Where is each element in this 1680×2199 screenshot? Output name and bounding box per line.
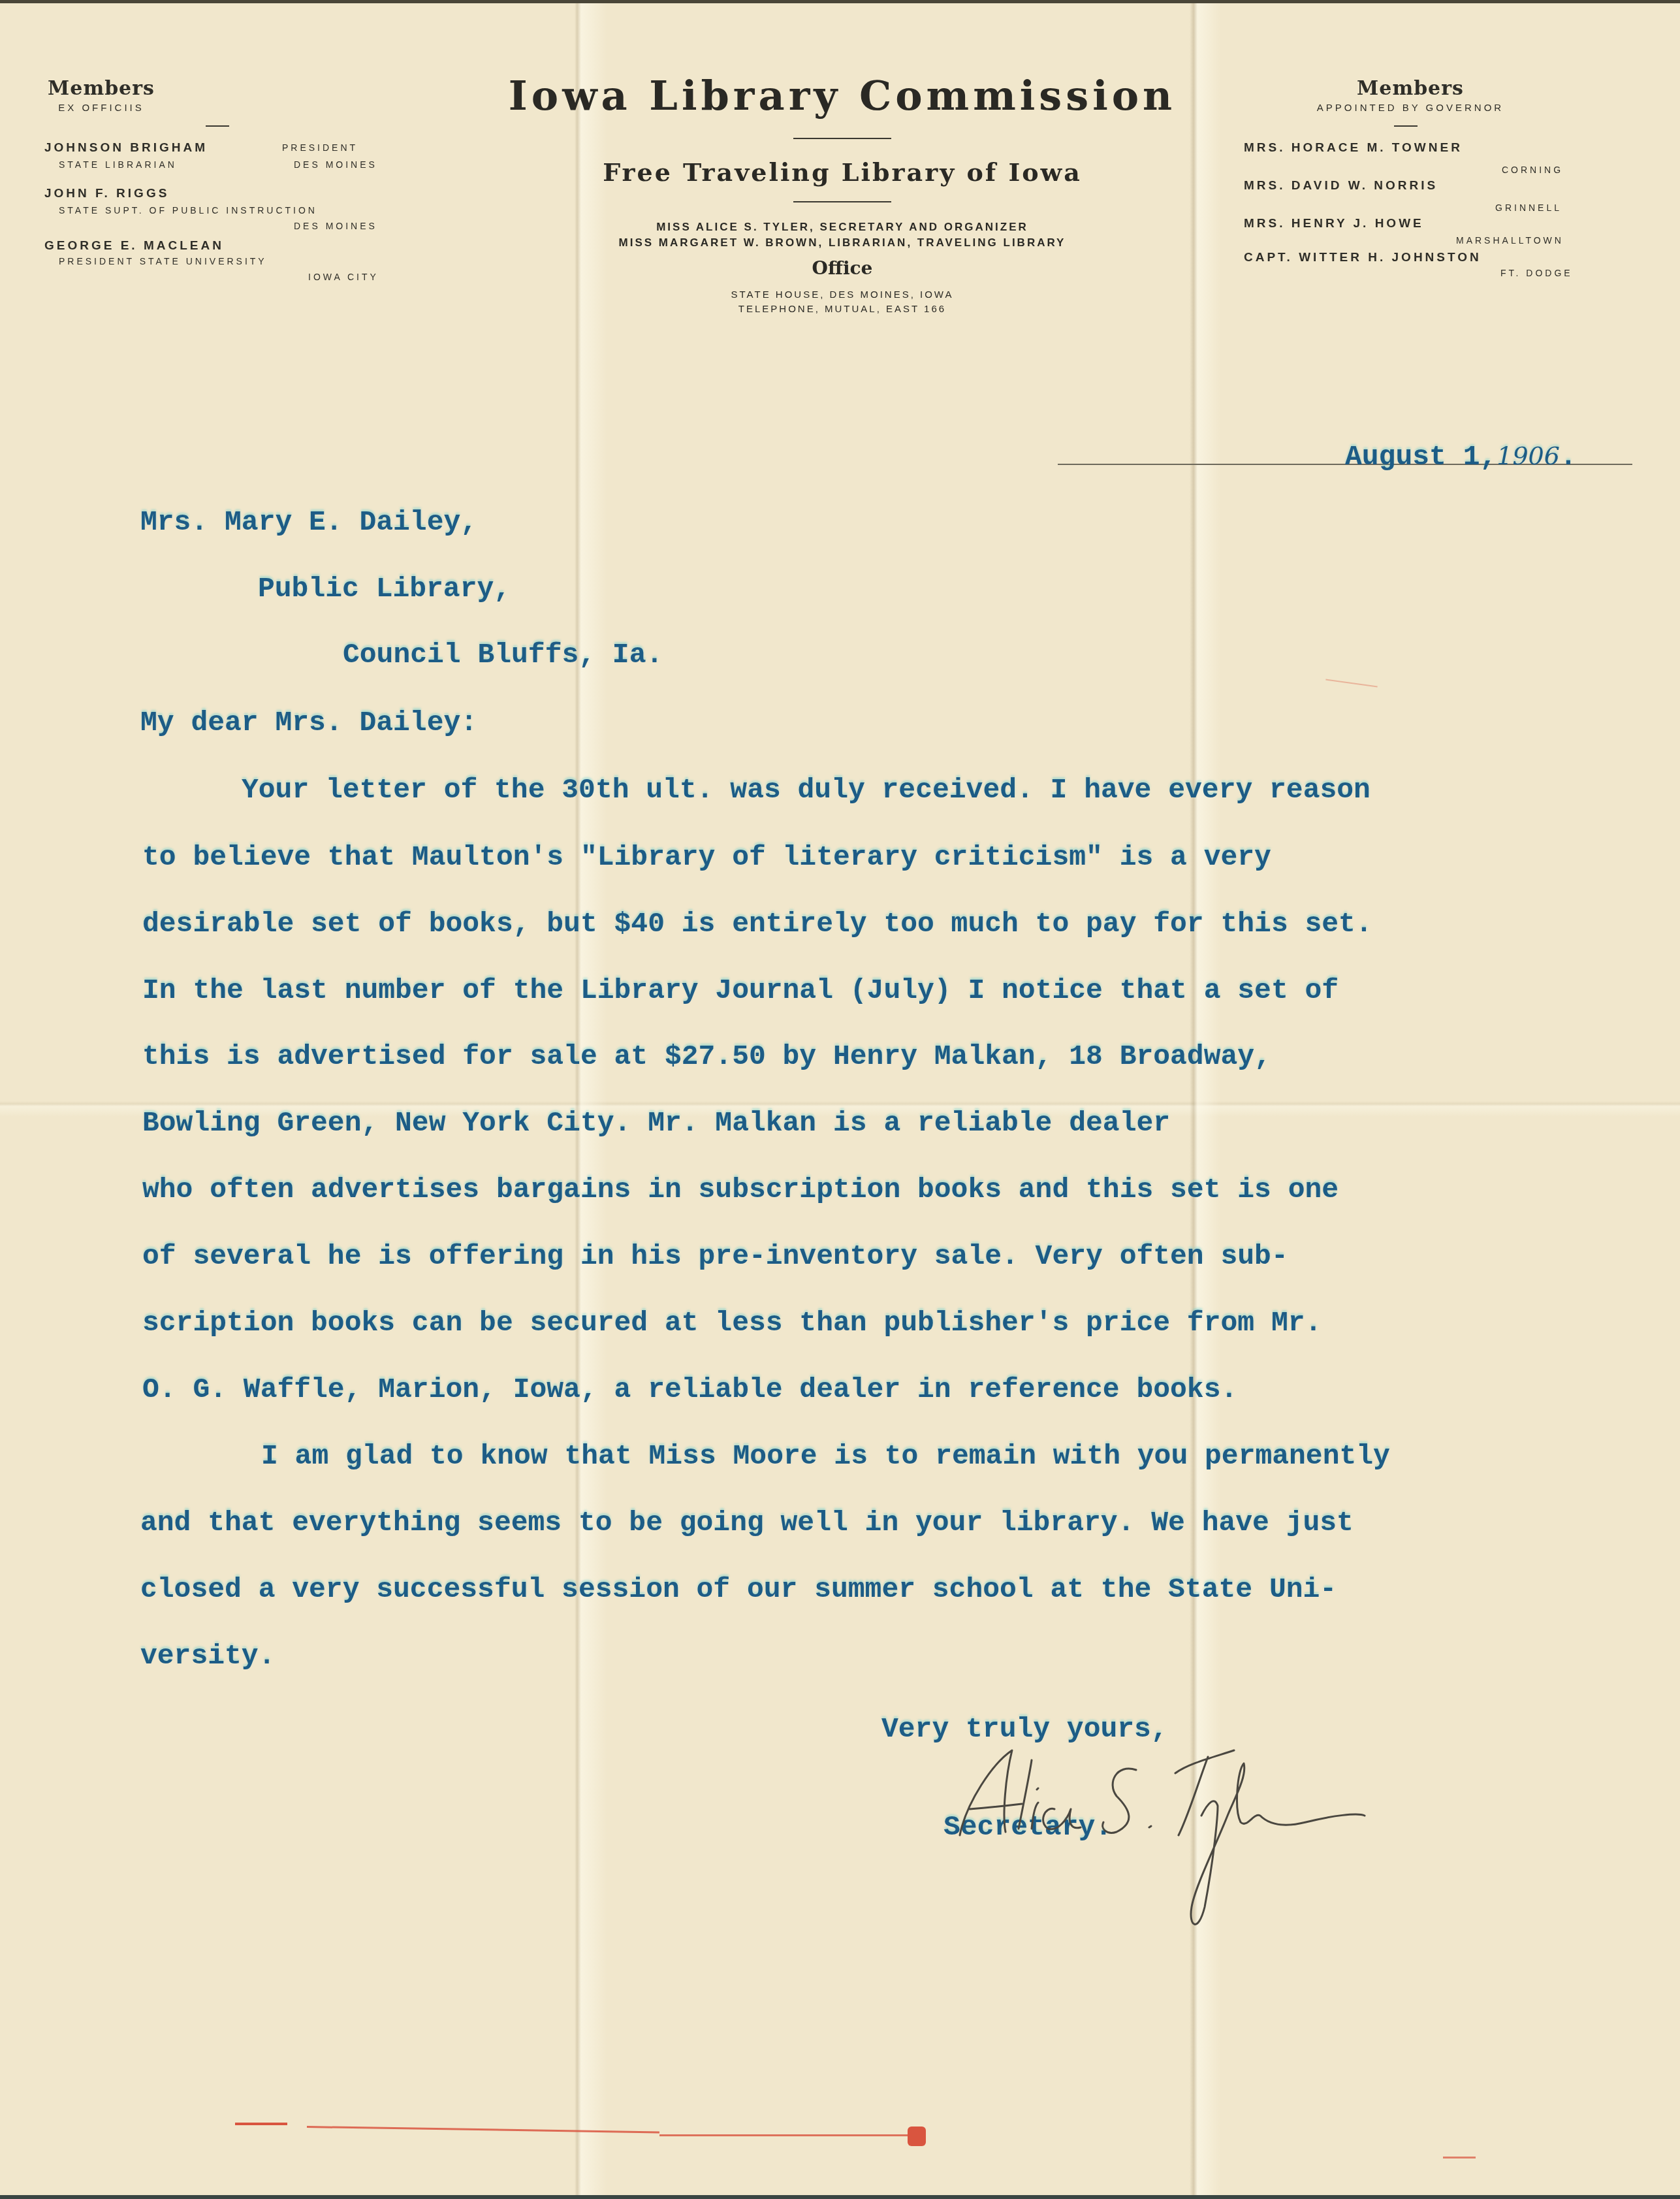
- members-heading: Members: [0, 77, 294, 100]
- member-name: MRS. HENRY J. HOWE: [1244, 217, 1424, 231]
- member-name: CAPT. WITTER H. JOHNSTON: [1244, 251, 1482, 265]
- member-entry: MRS. DAVID W. NORRIS GRINNELL: [1241, 179, 1613, 217]
- member-city: IOWA CITY: [308, 272, 379, 282]
- member-city: CORNING: [1502, 165, 1563, 175]
- organization-title: Iowa Library Commission: [496, 72, 1188, 120]
- member-name: MRS. HORACE M. TOWNER: [1244, 141, 1463, 155]
- letter-paper: [0, 0, 1680, 2199]
- member-name: MRS. DAVID W. NORRIS: [1244, 179, 1438, 193]
- body-line: to believe that Maulton's "Library of li…: [142, 841, 1271, 873]
- members-subheading: APPOINTED BY GOVERNOR: [1208, 103, 1613, 114]
- divider: [793, 138, 891, 139]
- date-typed: August 1,: [1345, 441, 1497, 473]
- staff-line: MISS MARGARET W. BROWN, LIBRARIAN, TRAVE…: [496, 235, 1188, 251]
- member-name: JOHN F. RIGGS: [44, 187, 169, 201]
- members-subheading: EX OFFICIIS: [0, 103, 294, 114]
- body-line: Your letter of the 30th ult. was duly re…: [242, 774, 1371, 806]
- member-entry: JOHNSON BRIGHAM PRESIDENT STATE LIBRARIA…: [39, 141, 424, 180]
- member-city: DES MOINES: [294, 159, 377, 170]
- ex-officio-members-block: Members EX OFFICIIS JOHNSON BRIGHAM PRES…: [39, 77, 424, 291]
- member-city: FT. DODGE: [1500, 268, 1573, 278]
- member-entry: GEORGE E. MACLEAN PRESIDENT STATE UNIVER…: [39, 239, 424, 291]
- member-role: STATE LIBRARIAN: [59, 159, 177, 170]
- date-period: .: [1560, 441, 1577, 473]
- member-name: GEORGE E. MACLEAN: [44, 239, 224, 253]
- paper-bottom-edge: [0, 2195, 1680, 2199]
- letter-date: August 1,1906.: [1345, 441, 1577, 473]
- divider: [1394, 125, 1418, 127]
- office-label: Office: [496, 257, 1188, 279]
- letterhead-center: Iowa Library Commission Free Traveling L…: [496, 72, 1188, 317]
- date-year-handwritten: 1906: [1497, 441, 1560, 470]
- member-entry: JOHN F. RIGGS STATE SUPT. OF PUBLIC INST…: [39, 187, 424, 239]
- body-line: O. G. Waffle, Marion, Iowa, a reliable d…: [142, 1373, 1237, 1405]
- recipient-institution: Public Library,: [258, 573, 511, 605]
- body-line: versity.: [140, 1640, 275, 1672]
- member-name: JOHNSON BRIGHAM: [44, 141, 208, 155]
- red-ink-stain: [1443, 2157, 1476, 2159]
- member-city: MARSHALLTOWN: [1456, 235, 1564, 246]
- member-entry: MRS. HENRY J. HOWE MARSHALLTOWN: [1241, 217, 1613, 251]
- office-address: STATE HOUSE, DES MOINES, IOWA: [496, 288, 1188, 302]
- body-line: of several he is offering in his pre-inv…: [142, 1240, 1288, 1272]
- organization-subtitle: Free Traveling Library of Iowa: [496, 157, 1188, 187]
- member-title: PRESIDENT: [282, 142, 358, 153]
- body-line: who often advertises bargains in subscri…: [142, 1174, 1339, 1206]
- member-role: STATE SUPT. OF PUBLIC INSTRUCTION: [59, 205, 317, 216]
- members-heading: Members: [1208, 77, 1613, 100]
- body-line: desirable set of books, but $40 is entir…: [142, 908, 1372, 940]
- appointed-members-block: Members APPOINTED BY GOVERNOR MRS. HORAC…: [1241, 77, 1613, 285]
- recipient-name: Mrs. Mary E. Dailey,: [140, 506, 477, 538]
- recipient-city: Council Bluffs, Ia.: [343, 639, 663, 671]
- divider: [206, 125, 229, 127]
- body-line: Bowling Green, New York City. Mr. Malkan…: [142, 1107, 1170, 1139]
- salutation: My dear Mrs. Dailey:: [140, 707, 477, 739]
- office-telephone: TELEPHONE, MUTUAL, EAST 166: [496, 302, 1188, 317]
- staff-line: MISS ALICE S. TYLER, SECRETARY AND ORGAN…: [496, 219, 1188, 235]
- member-entry: CAPT. WITTER H. JOHNSTON FT. DODGE: [1241, 251, 1613, 285]
- body-line: this is advertised for sale at $27.50 by…: [142, 1040, 1271, 1072]
- red-ink-stain: [235, 2123, 287, 2125]
- body-line: closed a very successful session of our …: [140, 1573, 1337, 1605]
- member-role: PRESIDENT STATE UNIVERSITY: [59, 256, 267, 266]
- member-city: DES MOINES: [294, 221, 377, 231]
- red-ink-stain: [659, 2134, 921, 2136]
- signature-handwritten: Alice S. Tyler: [940, 1724, 1397, 1933]
- red-ink-stain: [908, 2127, 926, 2146]
- divider: [793, 201, 891, 202]
- member-city: GRINNELL: [1495, 202, 1562, 213]
- body-line: In the last number of the Library Journa…: [142, 974, 1339, 1006]
- body-line: scription books can be secured at less t…: [142, 1307, 1322, 1339]
- paper-top-edge: [0, 0, 1680, 3]
- body-line: I am glad to know that Miss Moore is to …: [261, 1440, 1390, 1472]
- member-entry: MRS. HORACE M. TOWNER CORNING: [1241, 141, 1613, 179]
- body-line: and that everything seems to be going we…: [140, 1507, 1354, 1539]
